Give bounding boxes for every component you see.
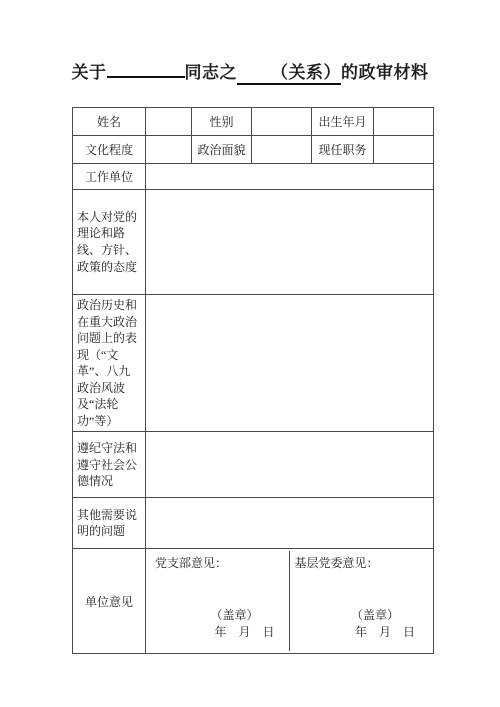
law-abiding-label: 遵纪守法和遵守社会公德情况 — [73, 432, 146, 498]
party-attitude-content-cell[interactable] — [146, 190, 434, 295]
relation-blank-underline[interactable]: （关系） — [237, 58, 341, 85]
unit-opinion-label: 单位意见 — [73, 549, 146, 654]
current-post-label: 现任职务 — [312, 136, 374, 164]
birthdate-label: 出生年月 — [312, 108, 374, 136]
comrade-name-blank-underline[interactable] — [107, 61, 185, 78]
row-work-unit: 工作单位 — [73, 164, 434, 190]
work-unit-value-cell[interactable] — [146, 164, 434, 190]
party-branch-date-label: 年 月 日 — [150, 624, 289, 641]
gender-value-cell[interactable] — [252, 108, 312, 136]
relation-text: （关系） — [271, 63, 341, 82]
grassroots-committee-opinion-cell[interactable]: 基层党委意见： （盖章） 年 月 日 — [290, 551, 430, 651]
current-post-value-cell[interactable] — [374, 136, 434, 164]
page-title: 关于同志之（关系）的政审材料 — [0, 58, 500, 85]
row-law-abiding: 遵纪守法和遵守社会公德情况 — [73, 432, 434, 498]
grassroots-committee-date-label: 年 月 日 — [290, 624, 430, 641]
work-unit-label: 工作单位 — [73, 164, 146, 190]
row-basic-1: 姓名 性别 出生年月 — [73, 108, 434, 136]
education-value-cell[interactable] — [146, 136, 192, 164]
row-political-history: 政治历史和在重大政治问题上的表现（“文革”、八九政治风波及“法轮功”等） — [73, 295, 434, 432]
row-unit-opinion: 单位意见 党支部意见： （盖章） 年 月 日 基层党委意见： （盖章） — [73, 549, 434, 654]
other-issues-label: 其他需要说明的问题 — [73, 498, 146, 549]
name-value-cell[interactable] — [146, 108, 192, 136]
grassroots-committee-seal-label: （盖章） — [290, 607, 430, 624]
title-middle: 同志之 — [185, 63, 238, 82]
political-status-value-cell[interactable] — [252, 136, 312, 164]
other-issues-content-cell[interactable] — [146, 498, 434, 549]
political-review-form-table: 姓名 性别 出生年月 文化程度 政治面貌 现任职务 工作单位 本人对党的理论和路… — [72, 107, 434, 654]
party-attitude-label: 本人对党的理论和路线、方针、政策的态度 — [73, 190, 146, 295]
party-branch-seal-label: （盖章） — [150, 607, 289, 624]
row-basic-2: 文化程度 政治面貌 现任职务 — [73, 136, 434, 164]
education-label: 文化程度 — [73, 136, 146, 164]
party-branch-signature-block: （盖章） 年 月 日 — [150, 607, 289, 642]
document-page: 关于同志之（关系）的政审材料 姓名 性别 出生年月 文化程度 政治面貌 现任职务… — [0, 0, 500, 707]
political-history-content-cell[interactable] — [146, 295, 434, 432]
gender-label: 性别 — [192, 108, 252, 136]
political-status-label: 政治面貌 — [192, 136, 252, 164]
unit-opinion-cells: 党支部意见： （盖章） 年 月 日 基层党委意见： （盖章） 年 月 日 — [146, 549, 434, 654]
political-history-label: 政治历史和在重大政治问题上的表现（“文革”、八九政治风波及“法轮功”等） — [73, 295, 146, 432]
party-branch-opinion-heading: 党支部意见： — [155, 554, 284, 571]
grassroots-committee-signature-block: （盖章） 年 月 日 — [290, 607, 430, 642]
row-party-attitude: 本人对党的理论和路线、方针、政策的态度 — [73, 190, 434, 295]
row-other-issues: 其他需要说明的问题 — [73, 498, 434, 549]
name-label: 姓名 — [73, 108, 146, 136]
grassroots-committee-opinion-heading: 基层党委意见： — [295, 554, 425, 571]
title-prefix: 关于 — [72, 63, 107, 82]
birthdate-value-cell[interactable] — [374, 108, 434, 136]
title-suffix: 的政审材料 — [341, 63, 429, 82]
law-abiding-content-cell[interactable] — [146, 432, 434, 498]
party-branch-opinion-cell[interactable]: 党支部意见： （盖章） 年 月 日 — [150, 551, 290, 651]
